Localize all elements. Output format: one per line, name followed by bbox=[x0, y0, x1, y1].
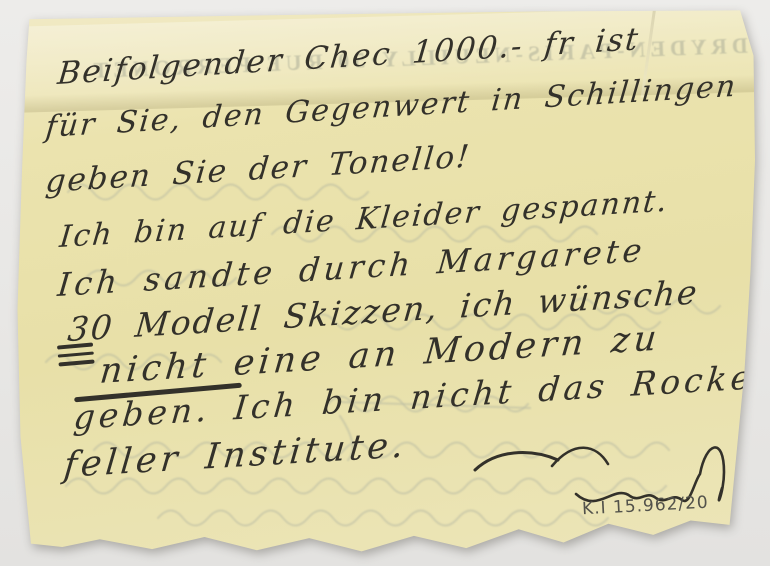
letter-paper: DRYDEN-PARIS-NEUILLY·50 RUE PERRONET Bei… bbox=[10, 6, 758, 558]
photo-background: DRYDEN-PARIS-NEUILLY·50 RUE PERRONET Bei… bbox=[0, 0, 770, 566]
triple-underline-mark bbox=[57, 342, 95, 371]
underline-stroke bbox=[58, 351, 94, 358]
paper-shadow-wrap: DRYDEN-PARIS-NEUILLY·50 RUE PERRONET Bei… bbox=[0, 0, 770, 566]
underline-stroke bbox=[58, 359, 94, 366]
